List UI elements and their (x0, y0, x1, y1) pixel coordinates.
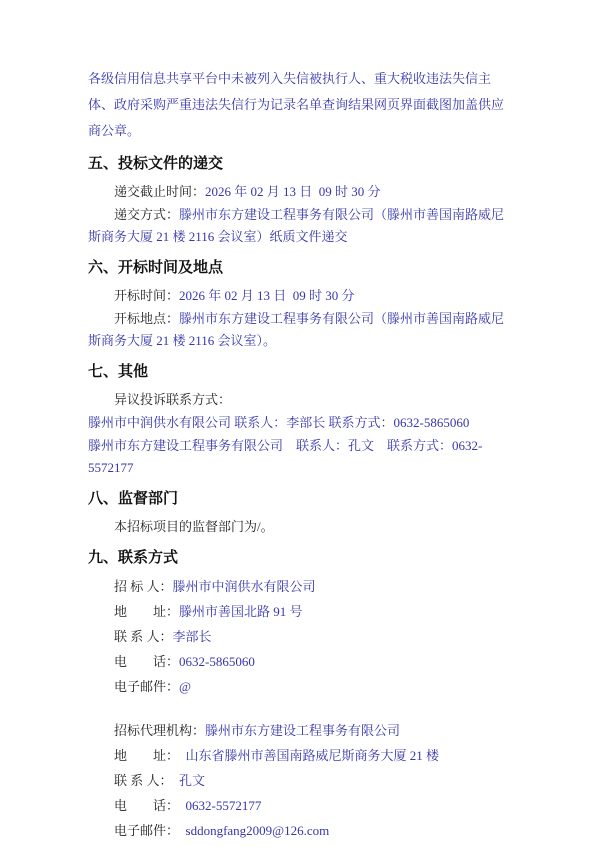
agency-phone-label: 电 话： (114, 798, 186, 813)
submission-deadline-label: 递交截止时间： (114, 184, 205, 199)
submission-method-line: 递交方式：滕州市东方建设工程事务有限公司（滕州市善国南路威尼斯商务大厦 21 楼… (88, 204, 512, 248)
tenderer-address-row: 地 址：滕州市善国北路 91 号 (88, 600, 512, 624)
tenderer-phone-row: 电 话：0632-5865060 (88, 650, 512, 674)
agency-contact-person-value: 孔文 (179, 773, 205, 788)
agency-name-label: 招标代理机构： (114, 723, 205, 738)
tenderer-contact-person-value: 李部长 (173, 629, 212, 644)
tenderer-contact-person-label: 联 系 人： (114, 629, 173, 644)
submission-method-label: 递交方式： (114, 207, 179, 222)
tenderer-name-label: 招 标 人： (114, 579, 173, 594)
agency-contact-person-label: 联 系 人： (114, 773, 179, 788)
section-7-heading: 七、其他 (88, 361, 512, 382)
tenderer-phone-label: 电 话： (114, 654, 179, 669)
tenderer-email-row: 电子邮件：@ (88, 675, 512, 699)
bid-opening-time-line: 开标时间：2026 年 02 月 13 日 09 时 30 分 (88, 285, 512, 307)
bid-opening-time-label: 开标时间： (114, 288, 179, 303)
objection-contact-line-1: 滕州市中润供水有限公司 联系人：李部长 联系方式：0632-5865060 (88, 412, 512, 434)
section-8-heading: 八、监督部门 (88, 488, 512, 509)
agency-address-row: 地 址： 山东省滕州市善国南路威尼斯商务大厦 21 楼 (88, 744, 512, 768)
supervision-department-line: 本招标项目的监督部门为/。 (88, 516, 512, 538)
agency-contact-person-row: 联 系 人： 孔文 (88, 769, 512, 793)
objection-contact-line-2: 滕州市东方建设工程事务有限公司 联系人：孔文 联系方式：0632-5572177 (88, 435, 512, 479)
agency-name-row: 招标代理机构：滕州市东方建设工程事务有限公司 (88, 719, 512, 743)
agency-address-label: 地 址： (114, 748, 186, 763)
objection-contact-intro: 异议投诉联系方式： (88, 389, 512, 411)
submission-deadline-line: 递交截止时间：2026 年 02 月 13 日 09 时 30 分 (88, 181, 512, 203)
tender-document-page: 各级信用信息共享平台中未被列入失信被执行人、重大税收违法失信主体、政府采购严重违… (0, 0, 600, 853)
agency-address-value: 山东省滕州市善国南路威尼斯商务大厦 21 楼 (186, 748, 440, 763)
section-6-heading: 六、开标时间及地点 (88, 257, 512, 278)
agency-name-value: 滕州市东方建设工程事务有限公司 (205, 723, 400, 738)
section-9-heading: 九、联系方式 (88, 547, 512, 568)
agency-phone-value: 0632-5572177 (186, 798, 262, 813)
tenderer-name-row: 招 标 人：滕州市中润供水有限公司 (88, 575, 512, 599)
tenderer-email-label: 电子邮件： (114, 679, 179, 694)
section-5-heading: 五、投标文件的递交 (88, 153, 512, 174)
tenderer-email-value: @ (179, 679, 191, 694)
agency-email-row: 电子邮件： sddongfang2009@126.com (88, 819, 512, 843)
agency-contact-block: 招标代理机构：滕州市东方建设工程事务有限公司 地 址： 山东省滕州市善国南路威尼… (88, 719, 512, 843)
continuation-paragraph: 各级信用信息共享平台中未被列入失信被执行人、重大税收违法失信主体、政府采购严重违… (88, 66, 512, 144)
submission-deadline-value: 2026 年 02 月 13 日 09 时 30 分 (205, 184, 381, 199)
bid-opening-place-line: 开标地点：滕州市东方建设工程事务有限公司（滕州市善国南路威尼斯商务大厦 21 楼… (88, 308, 512, 352)
tenderer-address-value: 滕州市善国北路 91 号 (179, 604, 303, 619)
agency-phone-row: 电 话： 0632-5572177 (88, 794, 512, 818)
tenderer-contact-person-row: 联 系 人：李部长 (88, 625, 512, 649)
tenderer-name-value: 滕州市中润供水有限公司 (173, 579, 316, 594)
agency-email-value: sddongfang2009@126.com (186, 823, 330, 838)
bid-opening-place-label: 开标地点： (114, 311, 179, 326)
bid-opening-time-value: 2026 年 02 月 13 日 09 时 30 分 (179, 288, 355, 303)
agency-email-label: 电子邮件： (114, 823, 186, 838)
tenderer-contact-block: 招 标 人：滕州市中润供水有限公司 地 址：滕州市善国北路 91 号 联 系 人… (88, 575, 512, 699)
tenderer-phone-value: 0632-5865060 (179, 654, 255, 669)
tenderer-address-label: 地 址： (114, 604, 179, 619)
